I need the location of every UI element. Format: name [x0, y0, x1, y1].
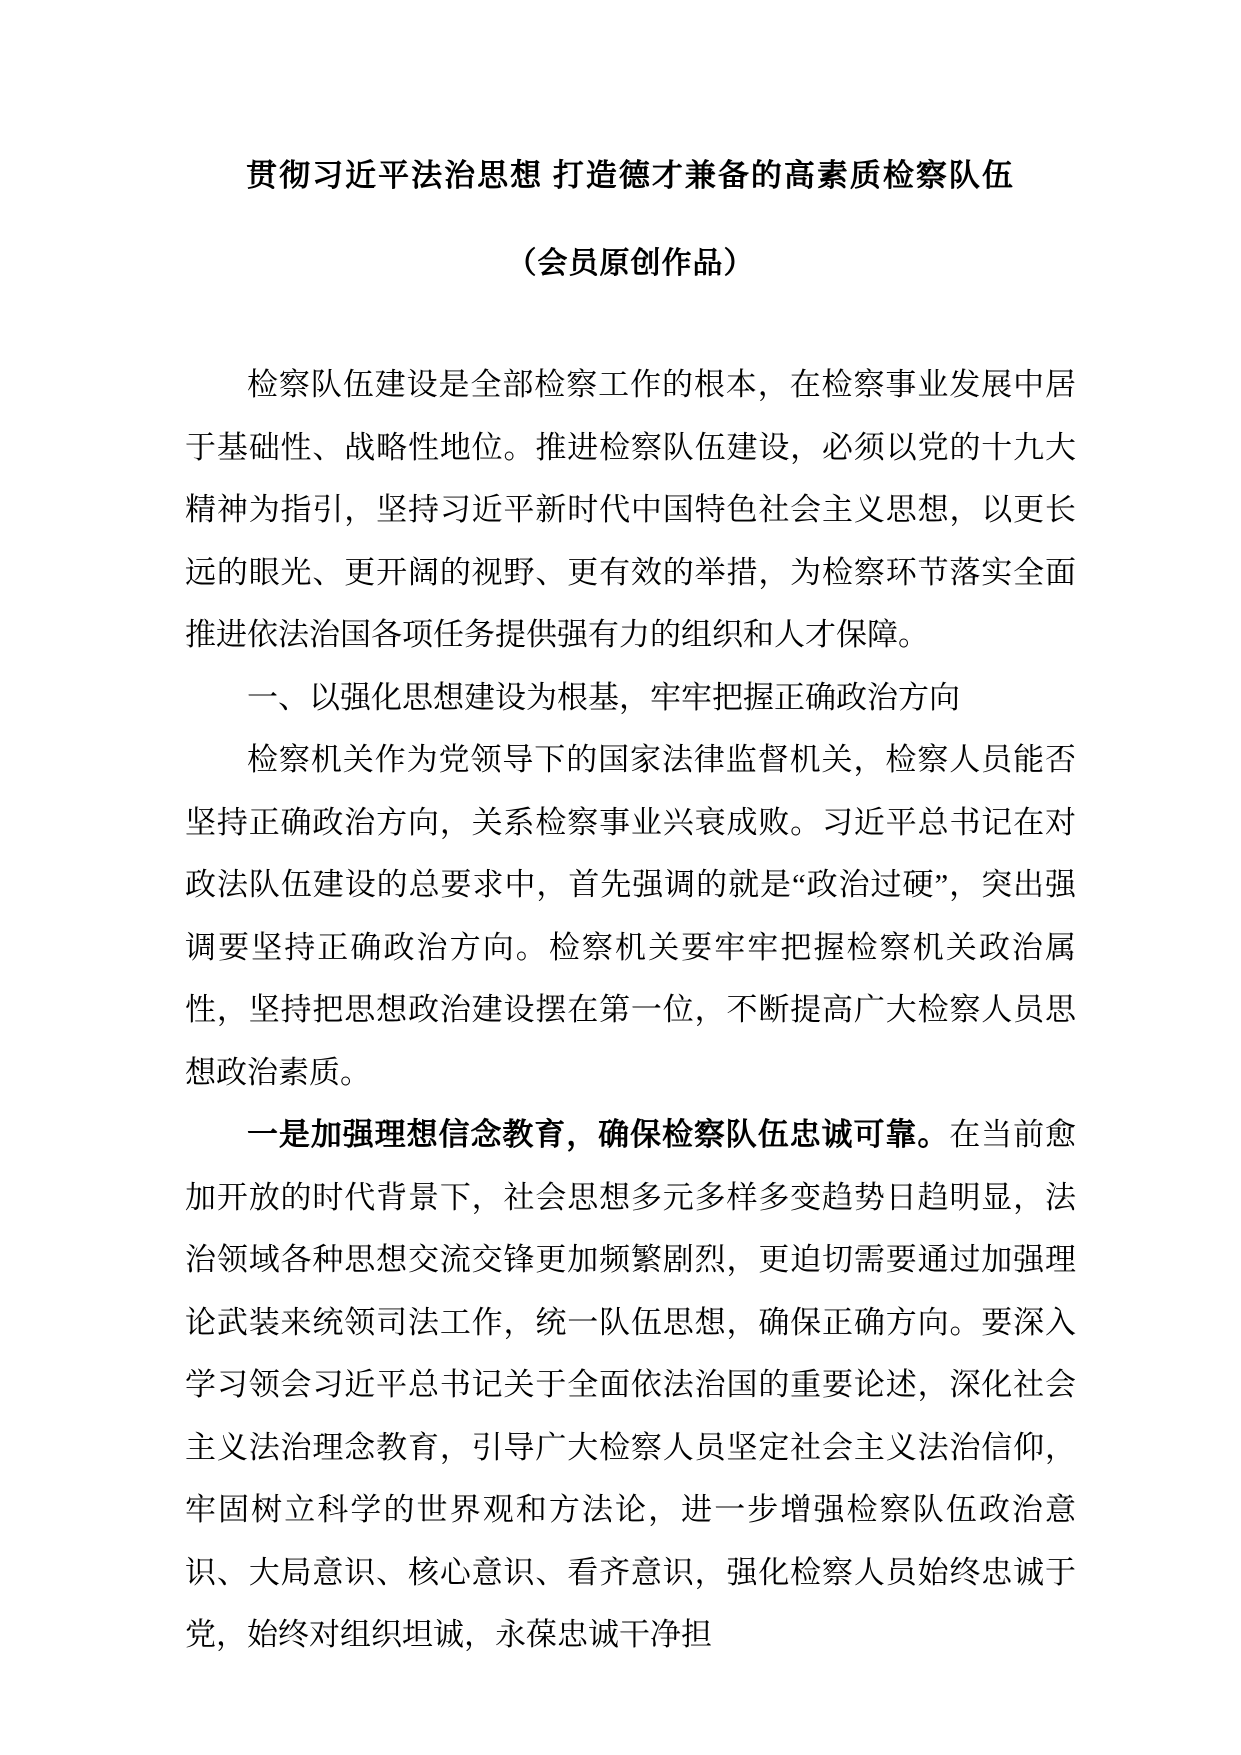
paragraph: 一是加强理想信念教育，确保检察队伍忠诚可靠。在当前愈加开放的时代背景下，社会思想…	[185, 1104, 1076, 1667]
document-body: 检察队伍建设是全部检察工作的根本，在检察事业发展中居于基础性、战略性地位。推进检…	[185, 354, 1076, 1667]
document-title: 贯彻习近平法治思想 打造德才兼备的高素质检察队伍	[185, 154, 1076, 198]
document-subtitle: （会员原创作品）	[185, 242, 1076, 286]
paragraph: 检察机关作为党领导下的国家法律监督机关，检察人员能否坚持正确政治方向，关系检察事…	[185, 729, 1076, 1104]
paragraph: 检察队伍建设是全部检察工作的根本，在检察事业发展中居于基础性、战略性地位。推进检…	[185, 354, 1076, 667]
section-heading: 一、以强化思想建设为根基，牢牢把握正确政治方向	[185, 667, 1076, 730]
document-page: 贯彻习近平法治思想 打造德才兼备的高素质检察队伍 （会员原创作品） 检察队伍建设…	[0, 0, 1241, 1755]
paragraph-bold-lead: 一是加强理想信念教育，确保检察队伍忠诚可靠。	[247, 1117, 949, 1152]
